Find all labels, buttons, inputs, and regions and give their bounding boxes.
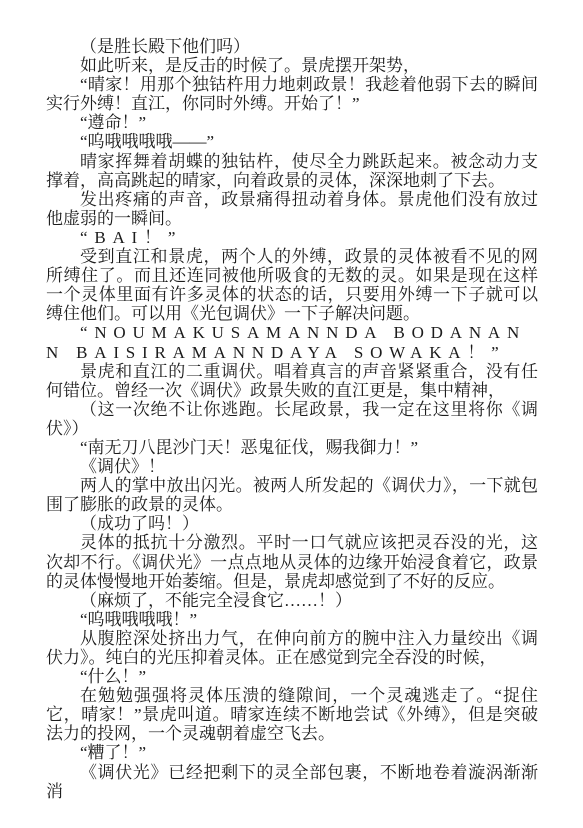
- paragraph: “BAI！”: [46, 228, 538, 247]
- document-page: { "page": { "colors": { "background": "#…: [0, 0, 583, 828]
- paragraph: （是胜长殿下他们吗）: [46, 37, 538, 56]
- paragraph: 从腹腔深处挤出力气，在伸向前方的腕中注入力量绞出《调伏力》。纯白的光压抑着灵体。…: [46, 629, 538, 667]
- paragraph: 《调伏》！: [46, 457, 538, 476]
- paragraph: “呜哦哦哦哦——”: [46, 132, 538, 151]
- paragraph: “晴家！用那个独钴杵用力地刺政景！我趁着他弱下去的瞬间实行外缚！直江，你同时外缚…: [46, 75, 538, 113]
- paragraph: （成功了吗！）: [46, 514, 538, 533]
- paragraph: （这一次绝不让你逃跑。长尾政景，我一定在这里将你《调伏》）: [46, 400, 538, 438]
- paragraph: （麻烦了，不能完全浸食它……！）: [46, 591, 538, 610]
- paragraph: 两人的掌中放出闪光。被两人所发起的《调伏力》，一下就包围了膨胀的政景的灵体。: [46, 476, 538, 514]
- paragraph: 《调伏光》已经把剩下的灵全部包裹，不断地卷着漩涡渐渐消: [46, 763, 538, 801]
- paragraph: “什么！”: [46, 667, 538, 686]
- paragraph: 受到直江和景虎，两个人的外缚，政景的灵体被看不见的网所缚住了。而且还连同被他所吸…: [46, 247, 538, 323]
- paragraph: 发出疼痛的声音，政景痛得扭动着身体。景虎他们没有放过他虚弱的一瞬间。: [46, 190, 538, 228]
- paragraph: “南无刀八毘沙门天！恶鬼征伐，赐我御力！”: [46, 438, 538, 457]
- paragraph: 如此听来，是反击的时候了。景虎摆开架势，: [46, 56, 538, 75]
- paragraph: “糟了！”: [46, 743, 538, 762]
- paragraph: “NOUMAKUSAMANNDA BODANANN BAISIRAMANNDAY…: [46, 323, 538, 361]
- paragraph: “遵命！”: [46, 113, 538, 132]
- paragraph: “呜哦哦哦哦！”: [46, 610, 538, 629]
- paragraph: 景虎和直江的二重调伏。唱着真言的声音紧紧重合，没有任何错位。曾经一次《调伏》政景…: [46, 362, 538, 400]
- paragraph: 在勉勉强强将灵体压溃的缝隙间，一个灵魂逃走了。“捉住它，晴家！”景虎叫道。晴家连…: [46, 686, 538, 743]
- paragraph: 灵体的抵抗十分激烈。平时一口气就应该把灵吞没的光，这次却不行。《调伏光》一点点地…: [46, 533, 538, 590]
- text-page: （是胜长殿下他们吗） 如此听来，是反击的时候了。景虎摆开架势， “晴家！用那个独…: [46, 37, 538, 801]
- paragraph: 晴家挥舞着胡蝶的独钴杵，使尽全力跳跃起来。被念动力支撑着，高高跳起的晴家，向着政…: [46, 152, 538, 190]
